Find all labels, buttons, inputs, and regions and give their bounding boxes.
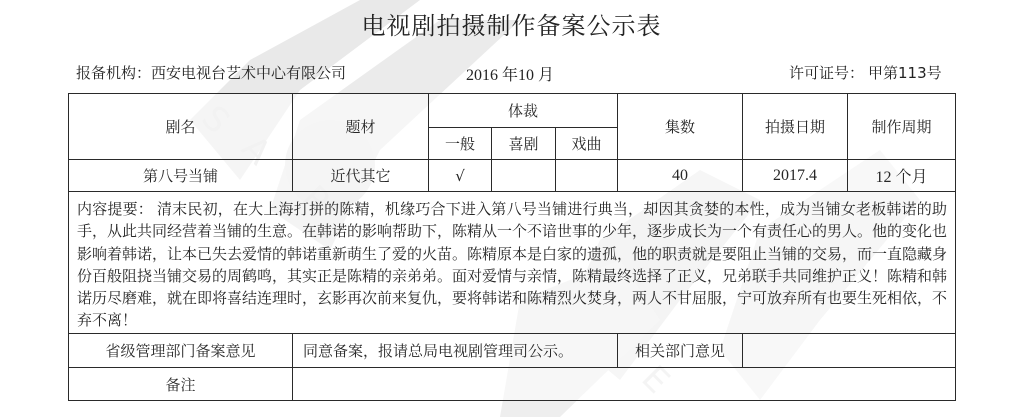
summary-text: 清末民初，在大上海打拼的陈精，机缘巧合下进入第八号当铺进行典当，却因其贪婪的本性… [77, 200, 947, 329]
genre-general-checkmark: √ [428, 159, 492, 192]
remarks-label: 备注 [68, 367, 293, 401]
filing-organization-value: 西安电视台艺术中心有限公司 [151, 64, 346, 82]
license-value: 甲第113号 [868, 64, 942, 82]
production-cycle-value: 12 个月 [847, 159, 956, 192]
episodes-value: 40 [617, 159, 743, 192]
header-genre: 体裁 [428, 93, 618, 128]
header-genre-opera: 戏曲 [555, 127, 618, 160]
document-title: 电视剧拍摄制作备案公示表 [0, 6, 1023, 41]
provincial-opinion-label: 省级管理部门备案意见 [68, 333, 293, 368]
header-genre-general: 一般 [428, 127, 492, 160]
license-number: 许可证号：甲第113号 [789, 62, 942, 83]
drama-name-value: 第八号当铺 [68, 159, 293, 192]
remarks-value [292, 367, 956, 401]
filing-date: 2016 年10 月 [466, 62, 554, 85]
header-episodes: 集数 [617, 93, 743, 160]
shoot-date-value: 2017.4 [742, 159, 848, 192]
header-theme: 题材 [292, 93, 429, 160]
theme-value: 近代其它 [292, 159, 429, 192]
header-production-cycle: 制作周期 [847, 93, 956, 160]
content-summary: 内容提要：清末民初，在大上海打拼的陈精，机缘巧合下进入第八号当铺进行典当，却因其… [68, 191, 956, 334]
filing-organization: 报备机构：西安电视台艺术中心有限公司 [76, 62, 346, 83]
license-label: 许可证号： [789, 64, 864, 82]
header-shoot-date: 拍摄日期 [742, 93, 848, 160]
related-department-value [742, 333, 956, 368]
summary-label: 内容提要： [77, 200, 153, 218]
genre-opera-value [555, 159, 618, 192]
related-department-label: 相关部门意见 [617, 333, 743, 368]
header-drama-name: 剧名 [68, 93, 293, 160]
provincial-opinion-value: 同意备案，报请总局电视剧管理司公示。 [292, 333, 618, 368]
genre-comedy-value [491, 159, 556, 192]
filing-organization-label: 报备机构： [76, 64, 151, 82]
header-genre-comedy: 喜剧 [491, 127, 556, 160]
